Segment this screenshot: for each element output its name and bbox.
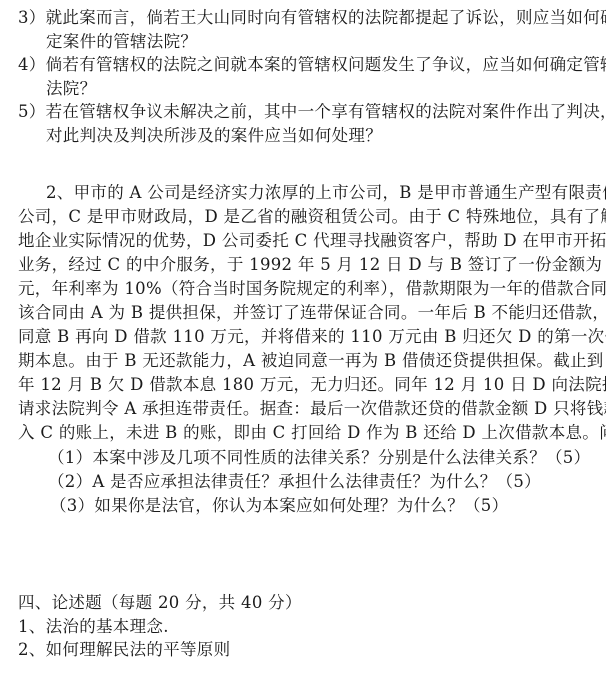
case2-sub-question-2: （2）A 是否应承担法律责任？承担什么法律责任？为什么？（5）: [48, 472, 541, 492]
case2-sub-question-1: （1）本案中涉及几项不同性质的法律关系？分别是什么法律关系？（5）: [48, 448, 590, 468]
case2-line: 公司，C 是甲市财政局，D 是乙省的融资租赁公司。由于 C 特殊地位，具有了解当: [18, 207, 606, 227]
case2-sub-question-3: （3）如果你是法官，你认为本案应如何处理？为什么？（5）: [50, 496, 508, 516]
case2-line: 业务，经过 C 的中介服务，于 1992 年 5 月 12 日 D 与 B 签订…: [18, 255, 606, 275]
case2-line: 入 C 的账上，未进 B 的账，即由 C 打回给 D 作为 B 还给 D 上次借…: [18, 423, 606, 443]
section4-item-2: 2、如何理解民法的平等原则: [18, 640, 230, 660]
case2-line: 2、甲市的 A 公司是经济实力浓厚的上市公司，B 是甲市普通生产型有限责任: [46, 183, 606, 203]
section4-item-1: 1、法治的基本理念.: [18, 617, 169, 637]
question-4-line-1: 4）倘若有管辖权的法院之间就本案的管辖权问题发生了争议，应当如何确定管辖: [18, 55, 606, 75]
case2-line: 同意 B 再向 D 借款 110 万元，并将借来的 110 万元由 B 归还欠 …: [18, 327, 606, 347]
case2-line: 期本息。由于 B 无还款能力，A 被迫同意一再为 B 借债还贷提供担保。截止到 …: [18, 351, 606, 371]
question-5-line-1: 5）若在管辖权争议未解决之前，其中一个享有管辖权的法院对案件作出了判决，: [18, 102, 606, 122]
question-3-line-2: 定案件的管辖法院？: [46, 32, 197, 52]
section4-heading: 四、论述题（每题 20 分，共 40 分）: [18, 593, 302, 613]
question-4-line-2: 法院？: [46, 79, 96, 99]
question-5-line-2: 对此判决及判决所涉及的案件应当如何处理？: [46, 126, 382, 146]
case2-line: 请求法院判令 A 承担连带责任。据查：最后一次借款还贷的借款金额 D 只将钱款打: [18, 399, 606, 419]
case2-line: 地企业实际情况的优势，D 公司委托 C 代理寻找融资客户，帮助 D 在甲市开拓融…: [18, 231, 606, 251]
case2-line: 年 12 月 B 欠 D 借款本息 180 万元，无力归还。同年 12 月 10…: [18, 375, 606, 395]
case2-line: 该合同由 A 为 B 提供担保，并签订了连带保证合同。一年后 B 不能归还借款，…: [18, 303, 606, 323]
case2-line: 元，年利率为 10%（符合当时国务院规定的利率），借款期限为一年的借款合同。: [18, 279, 606, 299]
question-3-line-1: 3）就此案而言，倘若王大山同时向有管辖权的法院都提起了诉讼，则应当如何确: [18, 8, 606, 28]
